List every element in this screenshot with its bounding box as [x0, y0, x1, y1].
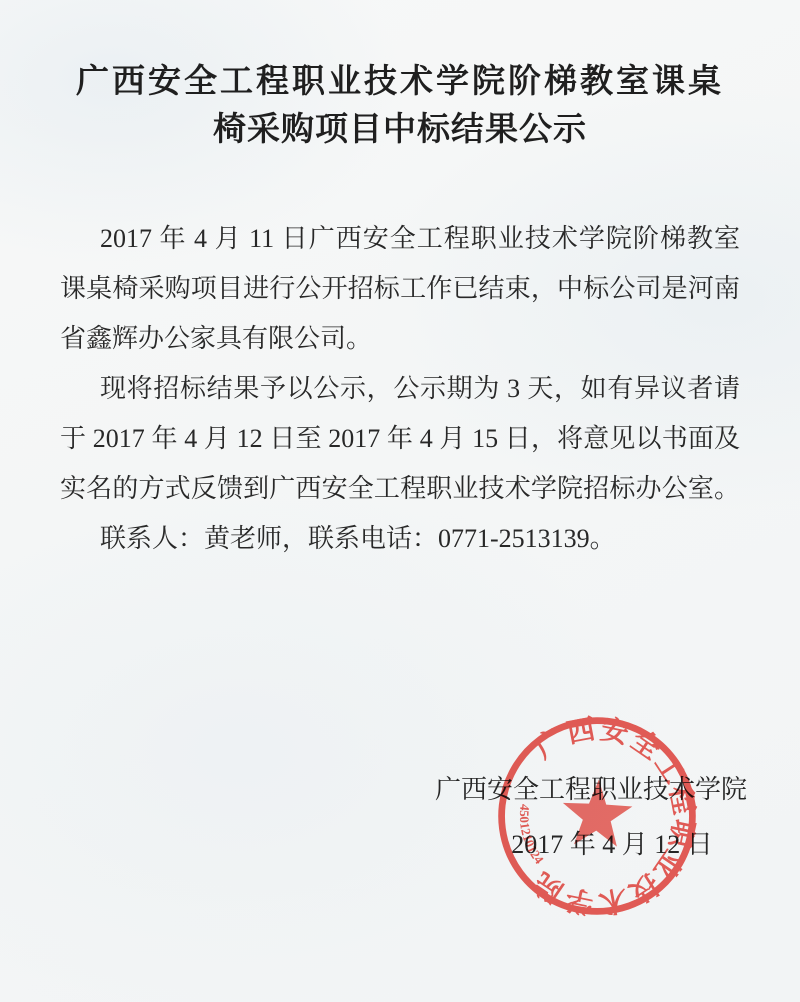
scanned-document-page: 广西安全工程职业技术学院阶梯教室课桌 椅采购项目中标结果公示 2017 年 4 …	[0, 0, 800, 1002]
star-icon	[559, 773, 641, 857]
seal-code-arc-text: 4501210124	[511, 800, 548, 869]
body-line: 2017 年 4 月 11 日广西安全工程职业技术学院阶梯教室	[60, 214, 740, 264]
document-title: 广西安全工程职业技术学院阶梯教室课桌 椅采购项目中标结果公示	[0, 0, 800, 154]
paragraph-3: 联系人：黄老师，联系电话：0771-2513139。	[60, 514, 740, 564]
paragraph-2: 现将招标结果予以公示，公示期为 3 天，如有异议者请 于 2017 年 4 月 …	[60, 364, 740, 514]
title-line-2: 椅采购项目中标结果公示	[0, 106, 800, 154]
contact-line: 联系人：黄老师，联系电话：0771-2513139。	[60, 514, 740, 564]
body-line: 实名的方式反馈到广西安全工程职业技术学院招标办公室。	[60, 464, 740, 514]
paragraph-1: 2017 年 4 月 11 日广西安全工程职业技术学院阶梯教室 课桌椅采购项目进…	[60, 214, 740, 364]
document-body: 2017 年 4 月 11 日广西安全工程职业技术学院阶梯教室 课桌椅采购项目进…	[60, 214, 740, 564]
body-line: 现将招标结果予以公示，公示期为 3 天，如有异议者请	[60, 364, 740, 414]
official-seal-stamp: 广西安全工程职业技术学院 4501210124	[491, 710, 703, 922]
title-line-1: 广西安全工程职业技术学院阶梯教室课桌	[0, 58, 800, 106]
body-line: 课桌椅采购项目进行公开招标工作已结束，中标公司是河南	[60, 264, 740, 314]
body-line: 省鑫辉办公家具有限公司。	[60, 314, 740, 364]
body-line: 于 2017 年 4 月 12 日至 2017 年 4 月 15 日，将意见以书…	[60, 414, 740, 464]
